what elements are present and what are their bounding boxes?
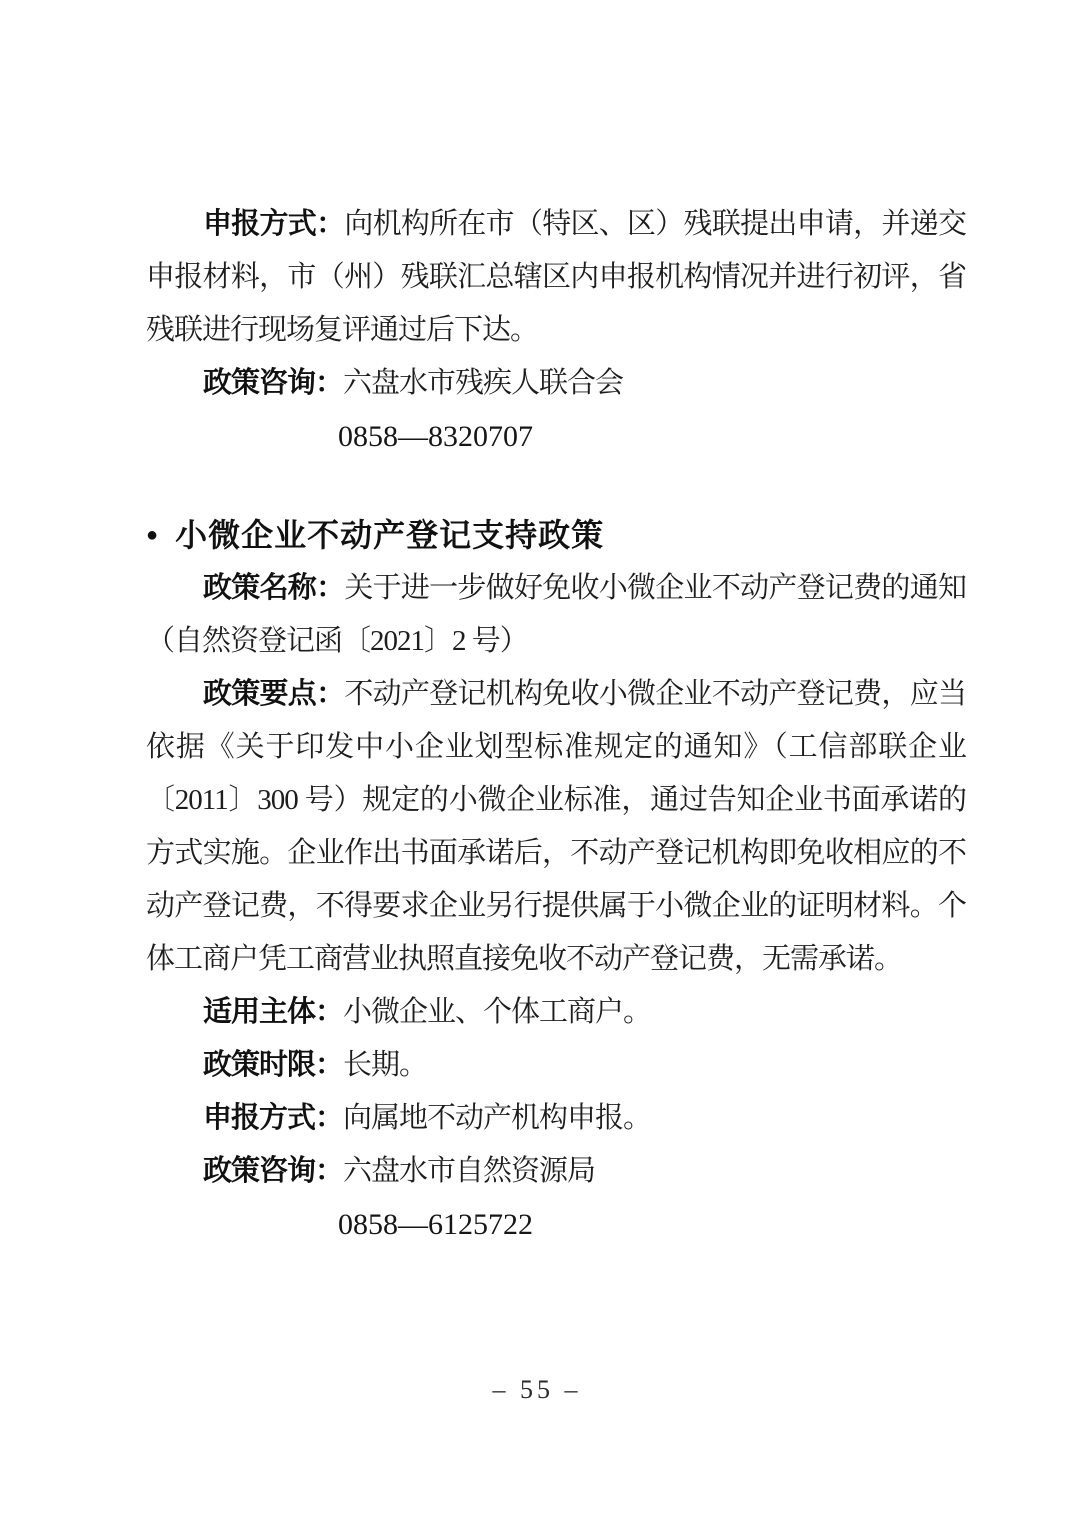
paragraph-policy-duration: 政策时限：长期。 <box>146 1039 966 1092</box>
field-text-applicable-subject: 小微企业、个体工商户。 <box>343 996 651 1028</box>
field-text-policy-duration: 长期。 <box>343 1049 427 1081</box>
field-text-policy-points: 不动产登记机构免收小微企业不动产登记费，应当依据《关于印发中小企业划型标准规定的… <box>146 678 966 975</box>
field-label-policy-consult-2: 政策咨询： <box>203 1155 343 1187</box>
paragraph-application-method: 申报方式：向机构所在市（特区、区）残联提出申请，并递交申报材料，市（州）残联汇总… <box>146 198 966 357</box>
paragraph-applicable-subject: 适用主体：小微企业、个体工商户。 <box>146 986 966 1039</box>
policy-section-heading: ● 小微企业不动产登记支持政策 <box>146 509 966 562</box>
field-label-policy-points: 政策要点： <box>203 678 344 710</box>
field-label-policy-consult: 政策咨询： <box>203 367 343 399</box>
phone-number-natural-resources: 0858—6125722 <box>146 1198 966 1251</box>
field-text-application-method-2: 向属地不动产机构申报。 <box>343 1102 651 1134</box>
paragraph-application-method-2: 申报方式：向属地不动产机构申报。 <box>146 1092 966 1145</box>
policy-section-title: 小微企业不动产登记支持政策 <box>175 509 604 562</box>
field-text-policy-consult-2: 六盘水市自然资源局 <box>343 1155 595 1187</box>
document-body: 申报方式：向机构所在市（特区、区）残联提出申请，并递交申报材料，市（州）残联汇总… <box>146 198 966 1251</box>
paragraph-policy-points: 政策要点：不动产登记机构免收小微企业不动产登记费，应当依据《关于印发中小企业划型… <box>146 668 966 986</box>
field-text-policy-consult: 六盘水市残疾人联合会 <box>343 367 623 399</box>
bullet-icon: ● <box>146 509 158 562</box>
paragraph-policy-consult: 政策咨询：六盘水市残疾人联合会 <box>146 357 966 410</box>
page-number: – 55 – <box>0 1375 1074 1405</box>
field-label-application-method: 申报方式： <box>203 208 344 240</box>
field-label-policy-duration: 政策时限： <box>203 1049 343 1081</box>
paragraph-policy-name: 政策名称：关于进一步做好免收小微企业不动产登记费的通知（自然资登记函〔2021〕… <box>146 562 966 668</box>
field-label-policy-name: 政策名称： <box>203 572 344 604</box>
paragraph-policy-consult-2: 政策咨询：六盘水市自然资源局 <box>146 1145 966 1198</box>
phone-number-cdpf: 0858—8320707 <box>146 410 966 463</box>
field-label-application-method-2: 申报方式： <box>203 1102 343 1134</box>
field-label-applicable-subject: 适用主体： <box>203 996 343 1028</box>
